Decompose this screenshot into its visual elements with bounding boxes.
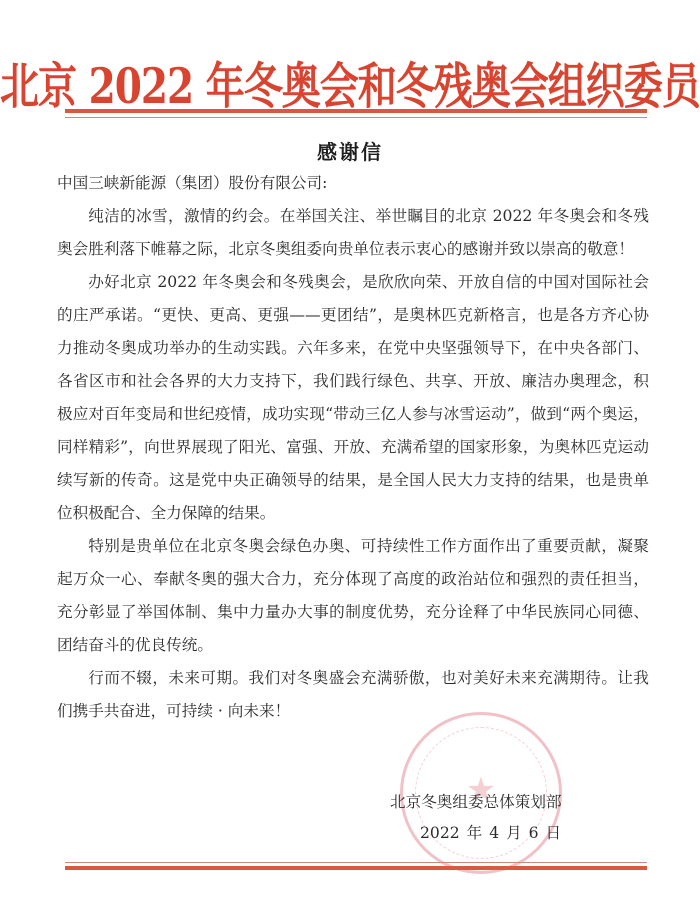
letterhead-organization-name: 北京 2022 年冬奥会和冬残奥会组织委员会 <box>0 48 700 118</box>
letter-paragraph-3: 特别是贵单位在北京冬奥会绿色办奥、可持续性工作方面作出了重要贡献，凝聚起万众一心… <box>57 530 649 662</box>
letter-salutation: 中国三峡新能源（集团）股份有限公司: <box>57 167 649 200</box>
letter-signature: 北京冬奥组委总体策划部 <box>390 790 562 812</box>
letter-body: 中国三峡新能源（集团）股份有限公司: 纯洁的冰雪，激情的约会。在举国关注、举世瞩… <box>57 167 649 728</box>
letterhead-divider-thin <box>65 117 647 118</box>
letterhead-divider-thick <box>65 109 647 113</box>
letter-paragraph-1: 纯洁的冰雪，激情的约会。在举国关注、举世瞩目的北京 2022 年冬奥会和冬残奥会… <box>57 200 649 266</box>
letter-title: 感谢信 <box>0 136 700 165</box>
letter-paragraph-4: 行而不辍，未来可期。我们对冬奥盛会充满骄傲，也对美好未来充满期待。让我们携手共奋… <box>57 662 649 728</box>
letter-date: 2022 年 4 月 6 日 <box>420 821 561 843</box>
footer-divider-thick <box>65 866 647 870</box>
footer-divider-thin <box>65 862 647 863</box>
letter-paragraph-2: 办好北京 2022 年冬奥会和冬残奥会，是欣欣向荣、开放自信的中国对国际社会的庄… <box>57 266 649 530</box>
